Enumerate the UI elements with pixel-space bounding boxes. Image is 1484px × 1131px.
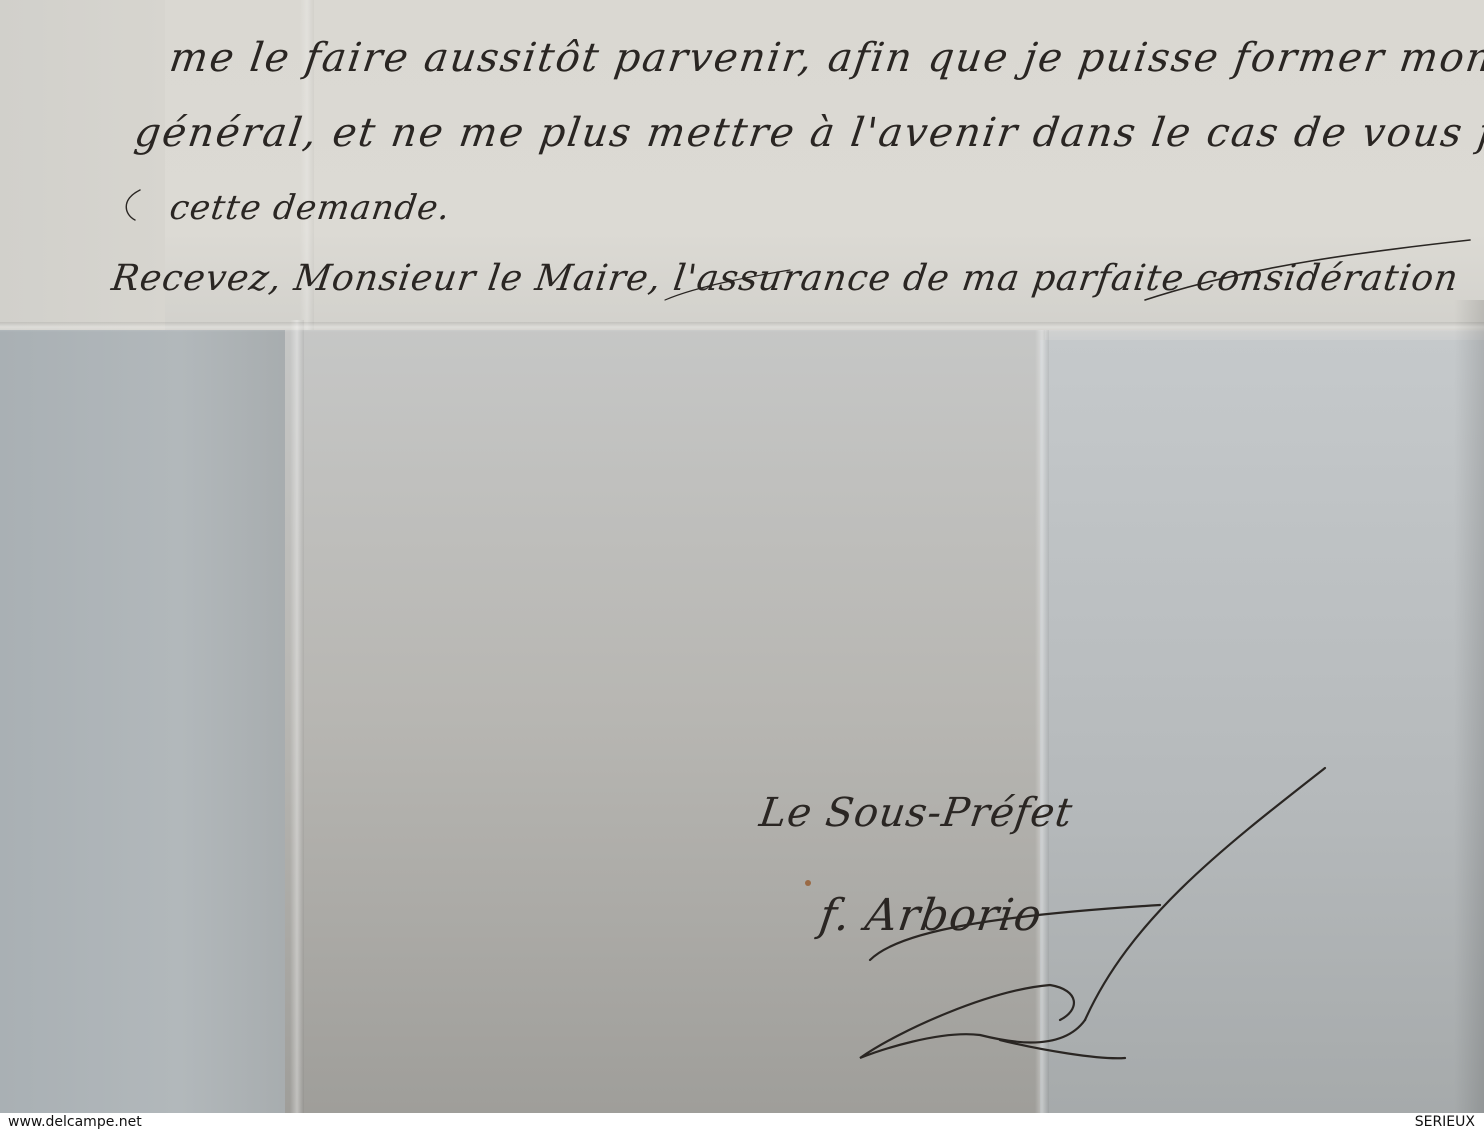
ink-stain	[805, 880, 811, 886]
letter-photo: me le faire aussitôt parvenir, afin que …	[0, 0, 1484, 1113]
letter-closing: Recevez, Monsieur le Maire, l'assurance …	[109, 258, 1461, 299]
fold-crease-vertical	[1035, 330, 1049, 1113]
fold-crease-vertical	[290, 320, 304, 1113]
paper-fold-right	[1040, 340, 1484, 1113]
letter-line-1: me le faire aussitôt parvenir, afin que …	[167, 35, 1484, 81]
letter-line-2: général, et ne me plus mettre à l'avenir…	[132, 110, 1484, 156]
fold-crease-horizontal	[0, 322, 1484, 332]
paper-fold-middle	[285, 320, 1045, 1113]
letter-line-3: cette demande.	[167, 188, 453, 228]
signature-name: f. Arborio	[816, 890, 1045, 941]
seller-name: SERIEUX	[1415, 1113, 1475, 1131]
footer-bar: www.delcampe.net SERIEUX	[0, 1113, 1484, 1131]
paper-edge-shadow	[1454, 300, 1484, 1113]
site-watermark: www.delcampe.net	[8, 1113, 142, 1131]
paper-fold-left	[0, 320, 300, 1113]
signature-title: Le Sous-Préfet	[757, 790, 1076, 836]
